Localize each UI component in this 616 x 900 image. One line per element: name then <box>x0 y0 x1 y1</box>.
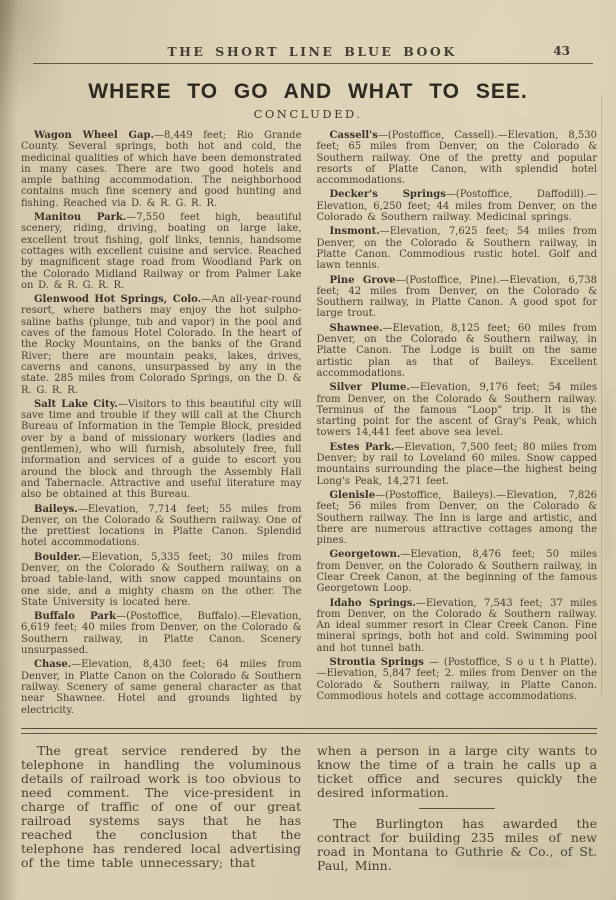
place-description: —8,449 feet; Rio Grande County. Several … <box>21 130 302 209</box>
place-entry: Manitou Park.—7,550 feet high, beautiful… <box>21 212 302 291</box>
showthrough-ghost <box>603 390 610 560</box>
bottom-left-column: The great service rendered by the teleph… <box>21 744 301 873</box>
showthrough-ghost <box>428 847 596 855</box>
page-number: 43 <box>553 44 570 58</box>
page-gutter-shadow <box>0 0 18 900</box>
place-entry: Shawnee.—Elevation, 8,125 feet; 60 miles… <box>317 323 598 379</box>
place-entry: Glenisle—(Postoffice, Baileys).—Elevatio… <box>317 490 598 546</box>
place-entry: Baileys.—Elevation, 7,714 feet; 55 miles… <box>21 504 302 549</box>
place-name: Glenwood Hot Springs, Colo. <box>34 294 201 305</box>
place-description: —7,550 feet high, beautiful scenery, rid… <box>21 212 302 291</box>
showthrough-ghost <box>455 860 567 867</box>
place-entry: Buffalo Park—(Postoffice, Buffalo).—Elev… <box>21 611 302 656</box>
place-entry: Boulder.—Elevation, 5,335 feet; 30 miles… <box>21 552 302 608</box>
place-name: Strontia Springs <box>330 657 424 668</box>
telephone-paragraph: The great service rendered by the teleph… <box>21 744 301 870</box>
place-name: Boulder. <box>34 552 81 563</box>
place-entry: Insmont.—Elevation, 7,625 feet; 54 miles… <box>317 226 598 271</box>
place-entry: Wagon Wheel Gap.—8,449 feet; Rio Grande … <box>21 130 302 209</box>
right-column: Cassell's—(Postoffice, Cassell).—Elevati… <box>317 130 598 719</box>
place-name: Glenisle <box>330 490 376 501</box>
book-title: THE SHORT LINE BLUE BOOK <box>167 44 456 59</box>
place-description: —Visitors to this beautiful city will sa… <box>21 399 302 500</box>
place-name: Chase. <box>34 659 71 670</box>
place-name: Manitou Park. <box>34 212 126 223</box>
place-name: Buffalo Park <box>34 611 116 622</box>
page-edge-line <box>601 95 602 695</box>
place-entry: Decker's Springs—(Postoffice, Daffodill)… <box>317 189 598 223</box>
place-entry: Silver Plume.—Elevation, 9,176 feet; 54 … <box>317 382 598 438</box>
place-name: Insmont. <box>330 226 380 237</box>
place-name: Pine Grove <box>330 275 396 286</box>
place-name: Wagon Wheel Gap. <box>34 130 154 141</box>
place-name: Baileys. <box>34 504 78 515</box>
telephone-paragraph-continued: when a person in a large city wants to k… <box>317 744 597 800</box>
left-column: Wagon Wheel Gap.—8,449 feet; Rio Grande … <box>21 130 302 719</box>
place-entry: Glenwood Hot Springs, Colo.—An all-year-… <box>21 294 302 396</box>
running-header: THE SHORT LINE BLUE BOOK 43 <box>34 44 590 59</box>
place-entry: Pine Grove—(Postoffice, Pine).—Elevation… <box>317 275 598 320</box>
book-page: THE SHORT LINE BLUE BOOK 43 WHERE TO GO … <box>0 0 616 900</box>
place-entry: Cassell's—(Postoffice, Cassell).—Elevati… <box>317 130 598 186</box>
header-rule <box>33 63 593 64</box>
place-entry: Estes Park.—Elevation, 7,500 feet; 80 mi… <box>317 442 598 487</box>
place-name: Cassell's <box>330 130 378 141</box>
place-description: —An all-year-round resort, where bathers… <box>21 294 302 395</box>
place-name: Shawnee. <box>330 323 383 334</box>
place-name: Idaho Springs. <box>330 598 416 609</box>
place-entry: Georgetown.—Elevation, 8,476 feet; 50 mi… <box>317 549 598 594</box>
place-name: Salt Lake City. <box>34 399 118 410</box>
place-name: Georgetown. <box>330 549 401 560</box>
paragraph-separator-rule <box>419 808 495 809</box>
section-subtitle: CONCLUDED. <box>0 107 616 121</box>
place-name: Estes Park. <box>330 442 395 453</box>
place-name: Silver Plume. <box>330 382 410 393</box>
place-entry: Chase.—Elevation, 8,430 feet; 64 miles f… <box>21 659 302 715</box>
place-entry: Salt Lake City.—Visitors to this beautif… <box>21 399 302 501</box>
place-entry: Strontia Springs — (Postoffice, S o u t … <box>317 657 598 702</box>
place-name: Decker's Springs <box>330 189 446 200</box>
place-entry: Idaho Springs.—Elevation, 7,543 feet; 37… <box>317 598 598 654</box>
entry-columns: Wagon Wheel Gap.—8,449 feet; Rio Grande … <box>0 130 616 719</box>
section-title: WHERE TO GO AND WHAT TO SEE. <box>0 80 616 104</box>
corner-shadow <box>0 0 70 120</box>
